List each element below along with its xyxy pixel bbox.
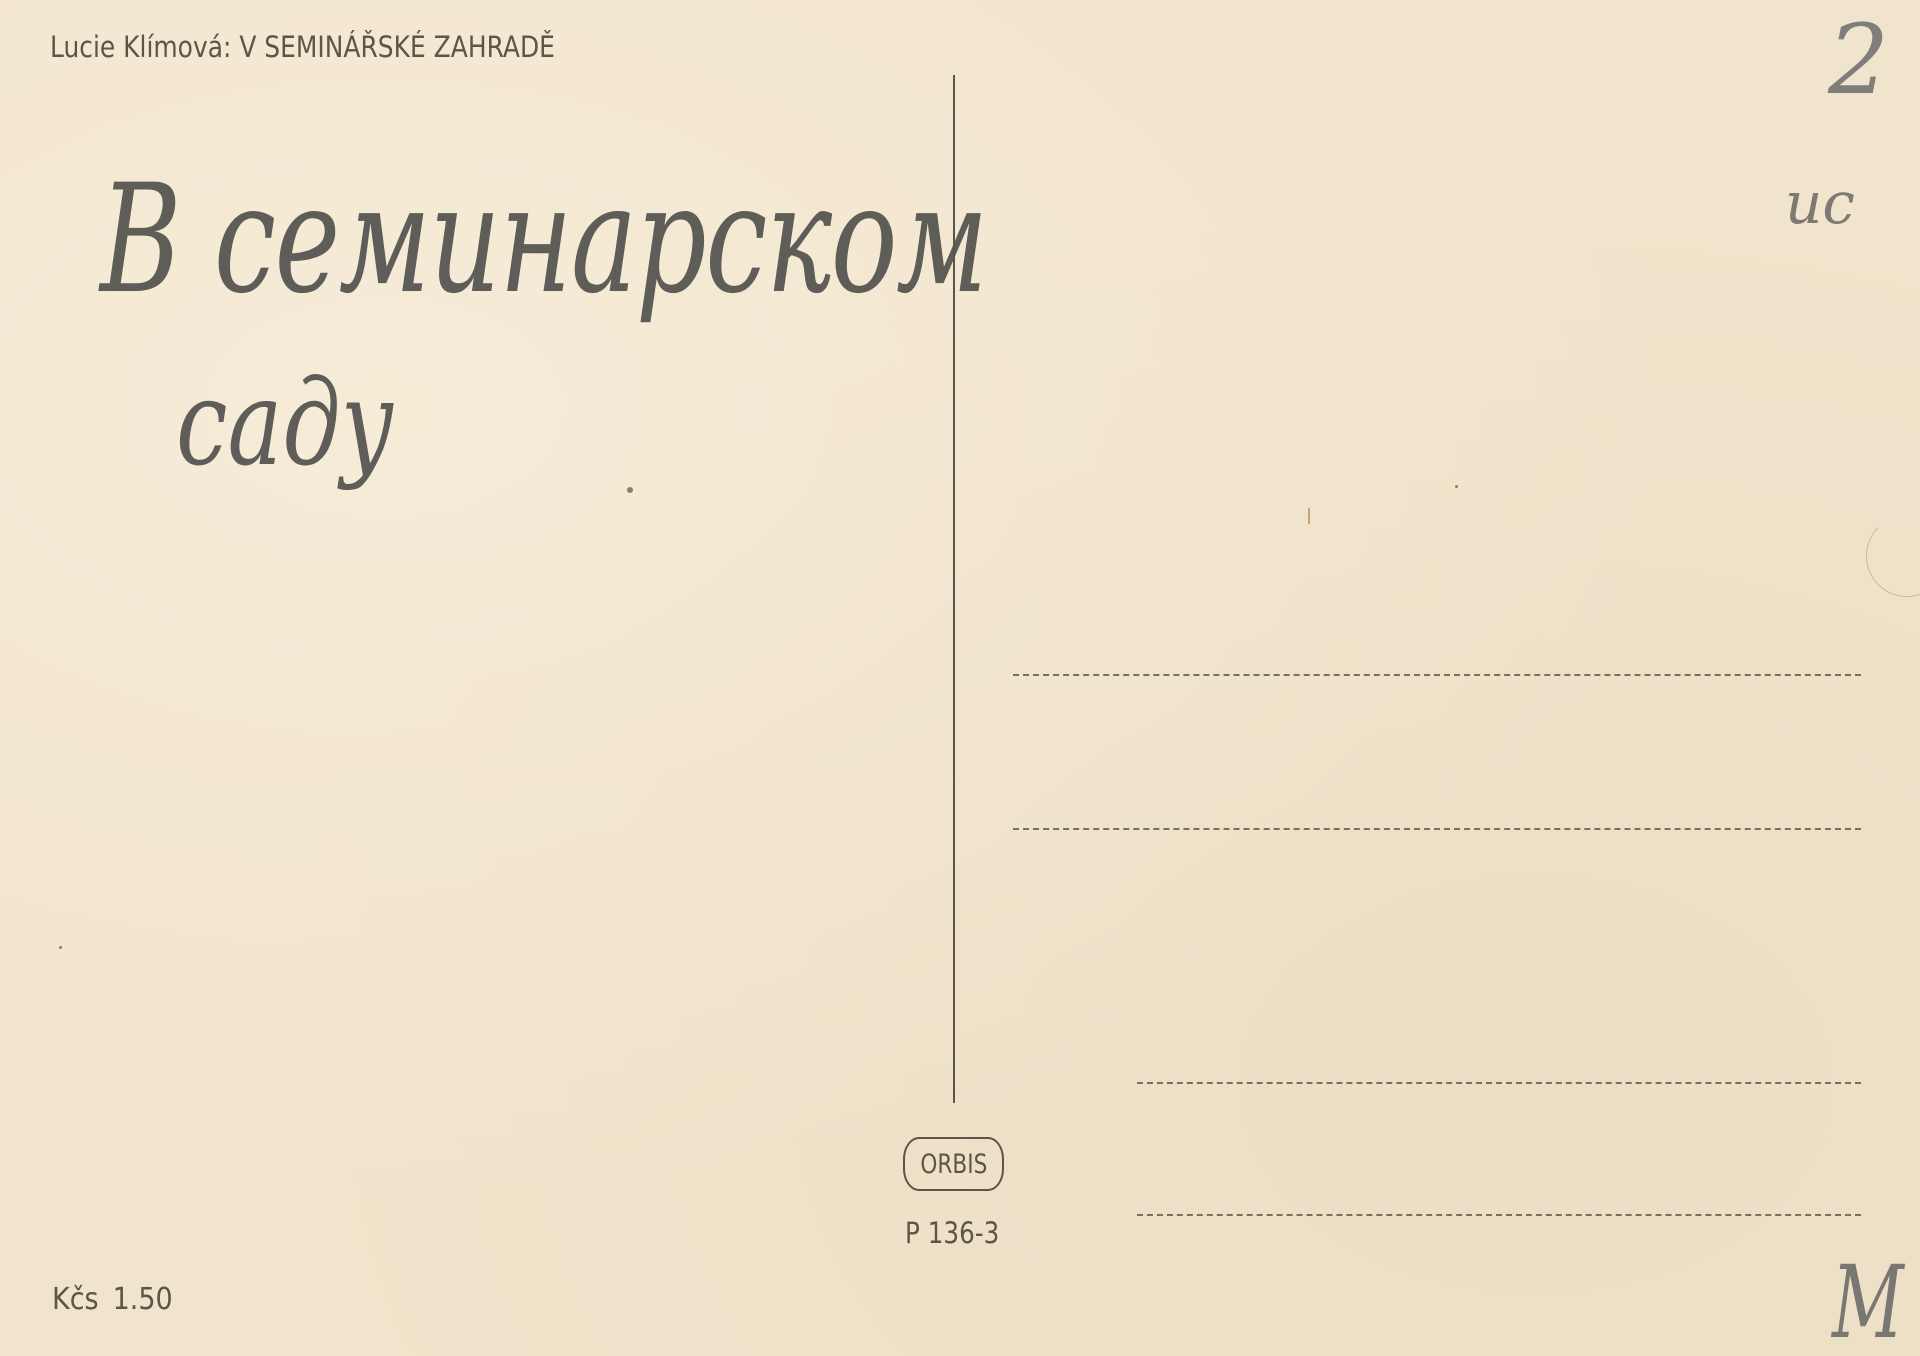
address-line-2 (1013, 828, 1861, 830)
address-line-3 (1137, 1082, 1861, 1084)
paper-speck (1308, 508, 1310, 524)
handwritten-initials: M (1832, 1248, 1904, 1356)
paper-speck (1455, 485, 1458, 488)
publisher-logo-text: ORBIS (920, 1149, 987, 1180)
address-line-4 (1137, 1214, 1861, 1216)
handwritten-caption-line2: саду (176, 358, 394, 488)
handwritten-corner-note: ис (1785, 168, 1855, 238)
paper-speck (59, 946, 62, 949)
publisher-logo: ORBIS (903, 1137, 1004, 1191)
center-divider-line (953, 75, 955, 1103)
catalog-code: P 136-3 (905, 1216, 999, 1250)
address-line-1 (1013, 674, 1861, 676)
paper-speck (627, 487, 633, 493)
faint-pencil-mark (1866, 515, 1920, 597)
header-title: Lucie Klímová: V SEMINÁŘSKÉ ZAHRADĚ (50, 30, 555, 64)
price-label: Kčs 1.50 (52, 1283, 173, 1317)
handwritten-caption-line1: В семинарском (100, 160, 987, 320)
handwritten-corner-number: 2 (1828, 10, 1889, 110)
